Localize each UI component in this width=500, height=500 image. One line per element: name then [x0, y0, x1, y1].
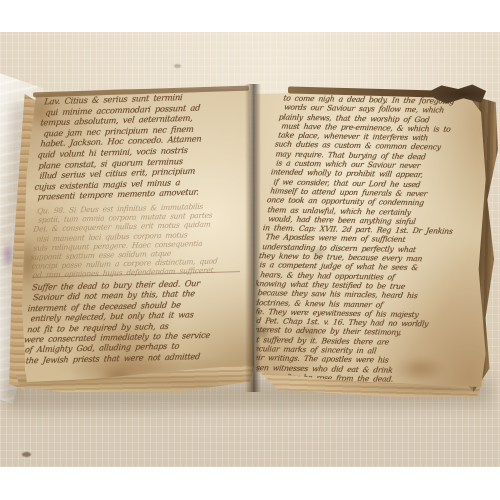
book-gutter-shadow	[245, 84, 261, 392]
left-page-english-block: Suffer the dead to bury their dead. OurS…	[23, 278, 218, 366]
stain-blotch	[394, 356, 446, 382]
right-page-english-block: to come nigh a dead body. In the foregoi…	[242, 94, 474, 394]
letterbox-bottom	[0, 467, 500, 500]
fabric-smudge	[22, 452, 31, 457]
ink-spot	[314, 248, 324, 258]
fabric-speck	[174, 64, 181, 68]
left-page-latin-block: Lav. Citius & serius sunt terminiqui min…	[35, 91, 206, 202]
photograph: Lav. Citius & serius sunt terminiqui min…	[0, 32, 500, 467]
manuscript-right-page: to come nigh a dead body. In the foregoi…	[254, 88, 488, 390]
manuscript-left-page: Lav. Citius & serius sunt terminiqui min…	[22, 86, 254, 382]
letterbox-top	[0, 0, 500, 32]
left-page-faded-latin-block: Qu. 98. Si Deus est infinitus & immutabi…	[31, 201, 224, 280]
stain-blotch	[294, 324, 324, 342]
auction-photo-frame: Lav. Citius & serius sunt terminiqui min…	[0, 0, 500, 500]
